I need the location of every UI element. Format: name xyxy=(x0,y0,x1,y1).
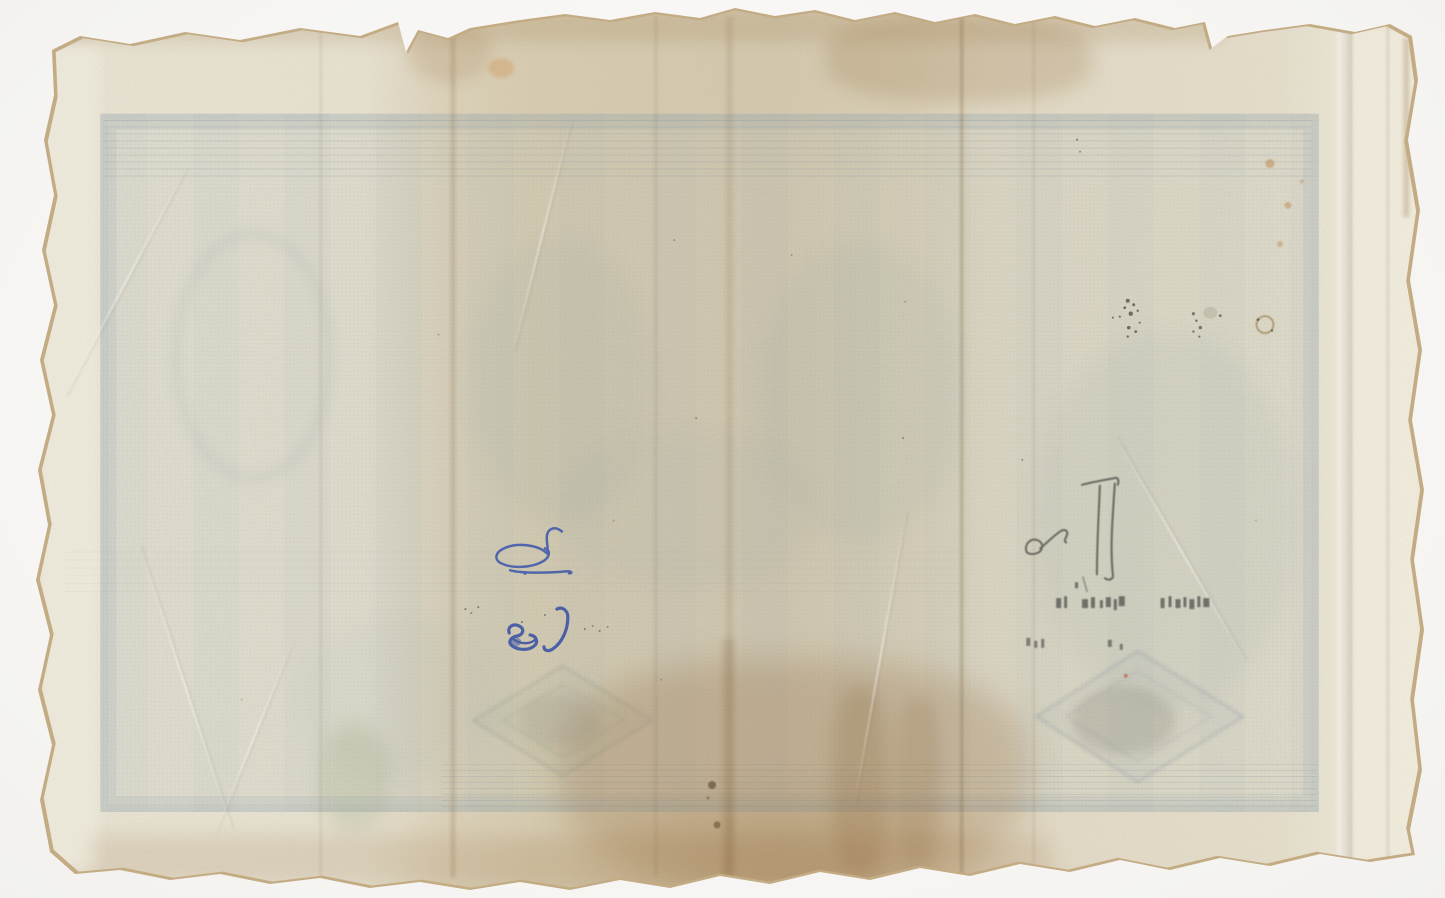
stamp-remnant-row2 xyxy=(1026,638,1122,650)
blue-signature-upper xyxy=(496,528,571,575)
handwriting-and-stamps-overlay xyxy=(4,2,1441,895)
diamond-left-ghost xyxy=(473,666,652,776)
banknote xyxy=(0,0,1445,898)
diamond-right-ghost xyxy=(1036,651,1243,782)
blue-signature-lower xyxy=(509,608,568,650)
dark-spots-bottom xyxy=(707,781,721,828)
pencil-inscription xyxy=(1026,478,1118,591)
foxing-spots xyxy=(1265,159,1303,247)
orange-stain xyxy=(488,58,514,78)
banknote-paper xyxy=(4,2,1441,895)
paper-speckles xyxy=(4,2,6,4)
ink-speck-cluster-middle xyxy=(1192,307,1222,338)
ink-speck-cluster-left xyxy=(1112,299,1141,338)
scanner-backdrop xyxy=(0,0,1445,898)
ink-ring-mark xyxy=(1257,316,1274,333)
stamp-remnant-row1 xyxy=(1056,582,1209,610)
